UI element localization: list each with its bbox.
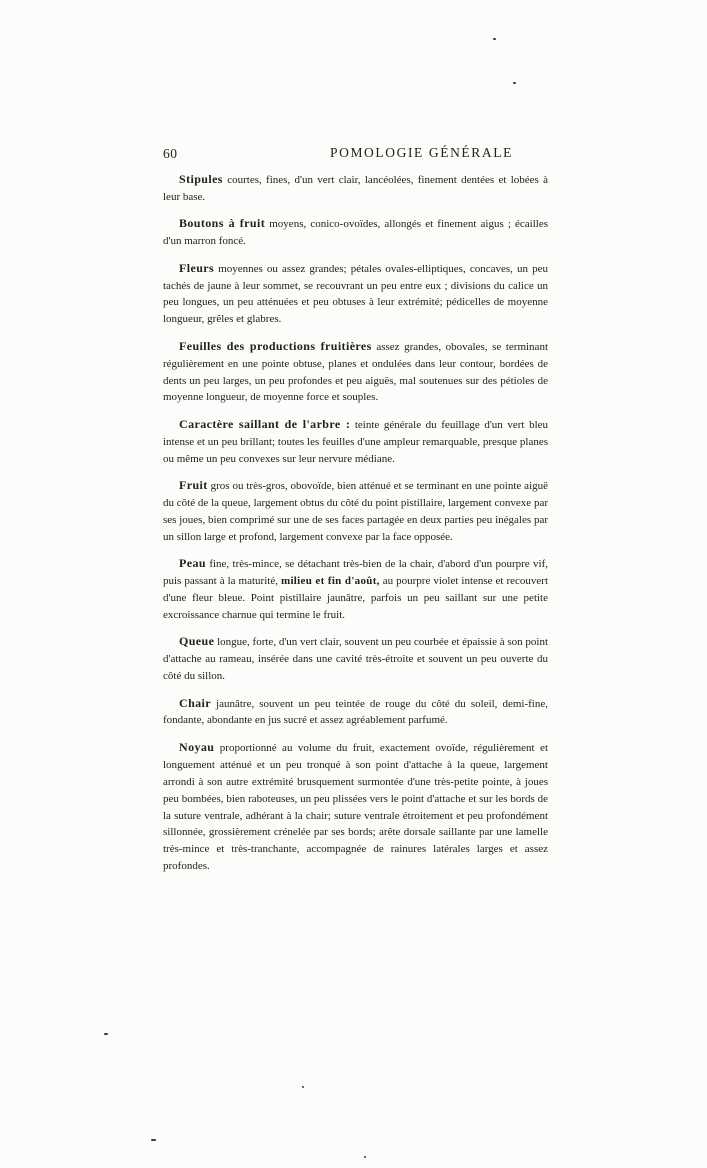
scan-speck <box>302 1086 304 1088</box>
paragraph-queue: Queue longue, forte, d'un vert clair, so… <box>163 633 548 685</box>
paragraph-caractere-saillant: Caractère saillant de l'arbre : teinte g… <box>163 416 548 468</box>
paragraph-lead: Queue <box>179 634 214 648</box>
paragraph-text: longue, forte, d'un vert clair, souvent … <box>163 636 548 682</box>
paragraph-noyau: Noyau proportionné au volume du fruit, e… <box>163 739 548 875</box>
scan-speck <box>493 38 496 40</box>
scan-speck <box>104 1033 108 1035</box>
running-title: POMOLOGIE GÉNÉRALE <box>330 145 513 161</box>
paragraph-peau: Peau fine, très-mince, se détachant très… <box>163 555 548 624</box>
paragraph-fleurs: Fleurs moyennes ou assez grandes; pétale… <box>163 260 548 329</box>
running-head: 60 POMOLOGIE GÉNÉRALE <box>163 144 587 164</box>
page-body: Stipules courtes, fines, d'un vert clair… <box>163 171 548 885</box>
paragraph-lead: Stipules <box>179 172 223 186</box>
paragraph-text: moyennes ou assez grandes; pétales ovale… <box>163 263 548 326</box>
paragraph-bold-phrase: milieu et fin d'août, <box>281 575 380 587</box>
paragraph-stipules: Stipules courtes, fines, d'un vert clair… <box>163 171 548 206</box>
book-page: 60 POMOLOGIE GÉNÉRALE Stipules courtes, … <box>0 0 707 1168</box>
paragraph-text: gros ou très-gros, obovoïde, bien atténu… <box>163 480 548 543</box>
paragraph-text: jaunâtre, souvent un peu teintée de roug… <box>163 698 548 727</box>
scan-speck <box>513 82 516 84</box>
paragraph-lead: Peau <box>179 556 206 570</box>
paragraph-lead: Fleurs <box>179 261 214 275</box>
paragraph-lead: Feuilles des productions fruitières <box>179 339 372 353</box>
paragraph-chair: Chair jaunâtre, souvent un peu teintée d… <box>163 695 548 730</box>
paragraph-fruit: Fruit gros ou très-gros, obovoïde, bien … <box>163 477 548 546</box>
paragraph-boutons-a-fruit: Boutons à fruit moyens, conico-ovoïdes, … <box>163 215 548 250</box>
paragraph-lead: Chair <box>179 696 211 710</box>
paragraph-lead: Caractère saillant de l'arbre : <box>179 417 350 431</box>
paragraph-lead: Boutons à fruit <box>179 216 265 230</box>
paragraph-lead: Noyau <box>179 740 214 754</box>
paragraph-feuilles: Feuilles des productions fruitières asse… <box>163 338 548 407</box>
paragraph-text: proportionné au volume du fruit, exactem… <box>163 742 548 872</box>
scan-speck <box>364 1156 366 1158</box>
scan-speck <box>151 1139 156 1141</box>
paragraph-lead: Fruit <box>179 478 208 492</box>
page-number: 60 <box>163 146 178 162</box>
